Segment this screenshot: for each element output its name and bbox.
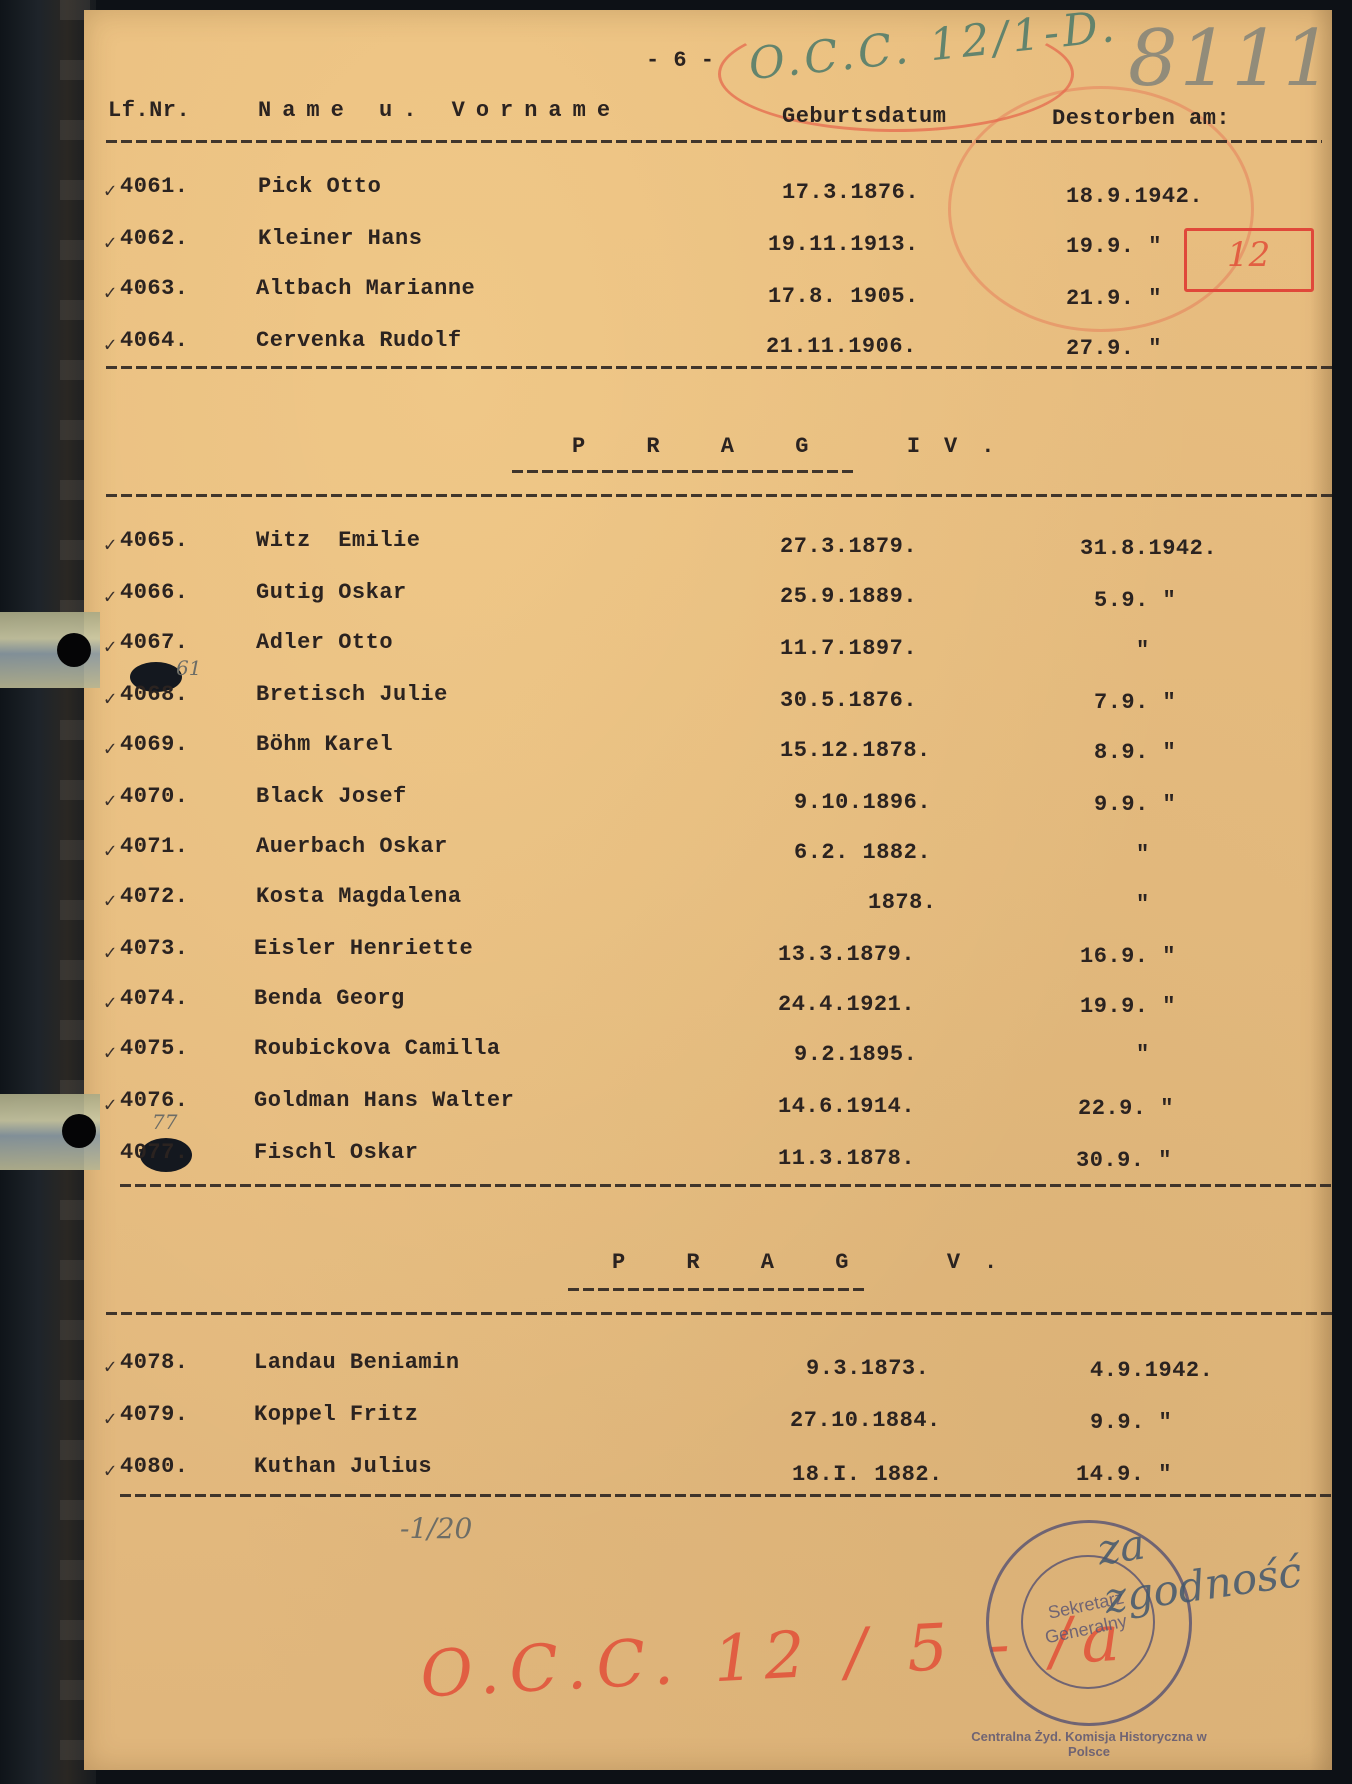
row-death: 8.9. " [1094,740,1176,765]
section-title-underline [568,1288,864,1291]
row-birth: 11.3.1878. [778,1146,915,1171]
punch-hole-upper [57,633,91,667]
section-divider [120,1184,1332,1187]
row-death: 7.9. " [1094,690,1176,715]
row-number: 4065. [120,528,189,553]
row-number: 4077. [120,1140,189,1165]
row-number: 4068. [120,682,189,707]
row-name: Koppel Fritz [254,1402,418,1427]
row-death: 9.9. " [1094,792,1176,817]
row-name: Eisler Henriette [254,936,473,961]
row-death: 16.9. " [1080,944,1176,969]
row-number: 4069. [120,732,189,757]
column-header-name: Name u. Vorname [258,98,621,123]
row-birth: 15.12.1878. [780,738,931,763]
row-birth: 6.2. 1882. [794,840,931,865]
check-mark-icon: ✓ [104,686,117,712]
row-death: " [1136,638,1150,663]
row-birth: 14.6.1914. [778,1094,915,1119]
section-title-prag-v: P R A G V. [612,1250,1021,1275]
row-birth: 25.9.1889. [780,584,917,609]
row-name: Gutig Oskar [256,580,407,605]
row-name: Fischl Oskar [254,1140,418,1165]
check-mark-icon: ✓ [104,178,117,204]
row-name: Kuthan Julius [254,1454,432,1479]
row-number: 4073. [120,936,189,961]
check-mark-icon: ✓ [104,940,117,966]
row-name: Roubickova Camilla [254,1036,501,1061]
row-name: Adler Otto [256,630,393,655]
row-name: Benda Georg [254,986,405,1011]
punch-hole-lower [62,1114,96,1148]
row-birth: 27.10.1884. [790,1408,941,1433]
row-birth: 9.10.1896. [794,790,931,815]
column-header-birth: Geburtsdatum [782,104,946,129]
check-mark-icon: ✓ [104,736,117,762]
section-divider [106,1312,1332,1315]
margin-note-77: 77 [152,1110,177,1134]
row-death: 4.9.1942. [1090,1358,1213,1383]
row-name: Kleiner Hans [258,226,422,251]
row-name: Black Josef [256,784,407,809]
check-mark-icon: ✓ [104,1406,117,1432]
grey-archive-number: 8111 [1128,14,1335,104]
row-death: 9.9. " [1090,1410,1172,1435]
row-death: 5.9. " [1094,588,1176,613]
check-mark-icon: ✓ [104,1092,117,1118]
row-number: 4070. [120,784,189,809]
row-number: 4063. [120,276,189,301]
check-mark-icon: ✓ [104,990,117,1016]
row-number: 4062. [120,226,189,251]
page-number: - 6 - [646,48,715,73]
check-mark-icon: ✓ [104,1458,117,1484]
row-death: 19.9. " [1080,994,1176,1019]
row-birth: 9.3.1873. [806,1356,929,1381]
row-name: Kosta Magdalena [256,884,462,909]
row-number: 4061. [120,174,189,199]
header-divider [106,140,1322,143]
section-divider [106,494,1332,497]
row-number: 4072. [120,884,189,909]
row-death: " [1136,1042,1150,1067]
row-name: Witz Emilie [256,528,420,553]
check-mark-icon: ✓ [104,634,117,660]
row-name: Landau Beniamin [254,1350,460,1375]
row-death: 31.8.1942. [1080,536,1217,561]
row-number: 4071. [120,834,189,859]
row-birth: 30.5.1876. [780,688,917,713]
row-name: Altbach Marianne [256,276,475,301]
row-birth: 9.2.1895. [794,1042,917,1067]
row-number: 4074. [120,986,189,1011]
row-name: Pick Otto [258,174,381,199]
check-mark-icon: ✓ [104,230,117,256]
check-mark-icon: ✓ [104,888,117,914]
folder-binding [0,0,96,1784]
red-box-number: 12 [1227,235,1270,275]
section-title-underline [512,470,856,473]
row-name: Auerbach Oskar [256,834,448,859]
row-birth: 24.4.1921. [778,992,915,1017]
row-death: " [1136,892,1150,917]
row-birth: 21.11.1906. [766,334,917,359]
stamp-ring-text: Centralna Żyd. Komisja Historyczna w Pol… [959,1729,1219,1759]
column-header-lfnr: Lf.Nr. [108,98,190,123]
row-death: 22.9. " [1078,1096,1174,1121]
red-number-box: 12 [1184,228,1314,292]
row-number: 4064. [120,328,189,353]
check-mark-icon: ✓ [104,788,117,814]
row-number: 4066. [120,580,189,605]
row-death: 18.9.1942. [1066,184,1203,209]
check-mark-icon: ✓ [104,332,117,358]
section-divider [120,1494,1332,1497]
section-title-prag-iv: P R A G IV. [572,434,1018,459]
section-divider [106,366,1332,369]
check-mark-icon: ✓ [104,584,117,610]
column-header-death: Destorben am: [1052,106,1230,131]
row-name: Bretisch Julie [256,682,448,707]
row-name: Goldman Hans Walter [254,1088,514,1113]
row-death: 21.9. " [1066,286,1162,311]
check-mark-icon: ✓ [104,280,117,306]
row-number: 4080. [120,1454,189,1479]
row-birth: 11.7.1897. [780,636,917,661]
row-birth: 18.I. 1882. [792,1462,943,1487]
row-birth: 17.3.1876. [782,180,919,205]
row-number: 4075. [120,1036,189,1061]
check-mark-icon: ✓ [104,838,117,864]
row-name: Böhm Karel [256,732,393,757]
row-death: 27.9. " [1066,336,1162,361]
row-number: 4067. [120,630,189,655]
row-death: 30.9. " [1076,1148,1172,1173]
row-birth: 27.3.1879. [780,534,917,559]
row-name: Cervenka Rudolf [256,328,462,353]
pencil-fraction-note: -1/20 [400,1512,472,1545]
margin-note-61: 61 [176,656,201,680]
row-death: 14.9. " [1076,1462,1172,1487]
row-birth: 17.8. 1905. [768,284,919,309]
row-death: 19.9. " [1066,234,1162,259]
check-mark-icon: ✓ [104,1354,117,1380]
row-birth: 1878. [868,890,937,915]
check-mark-icon: ✓ [104,532,117,558]
row-number: 4078. [120,1350,189,1375]
row-death: " [1136,842,1150,867]
row-birth: 13.3.1879. [778,942,915,967]
row-number: 4079. [120,1402,189,1427]
row-birth: 19.11.1913. [768,232,919,257]
check-mark-icon: ✓ [104,1040,117,1066]
